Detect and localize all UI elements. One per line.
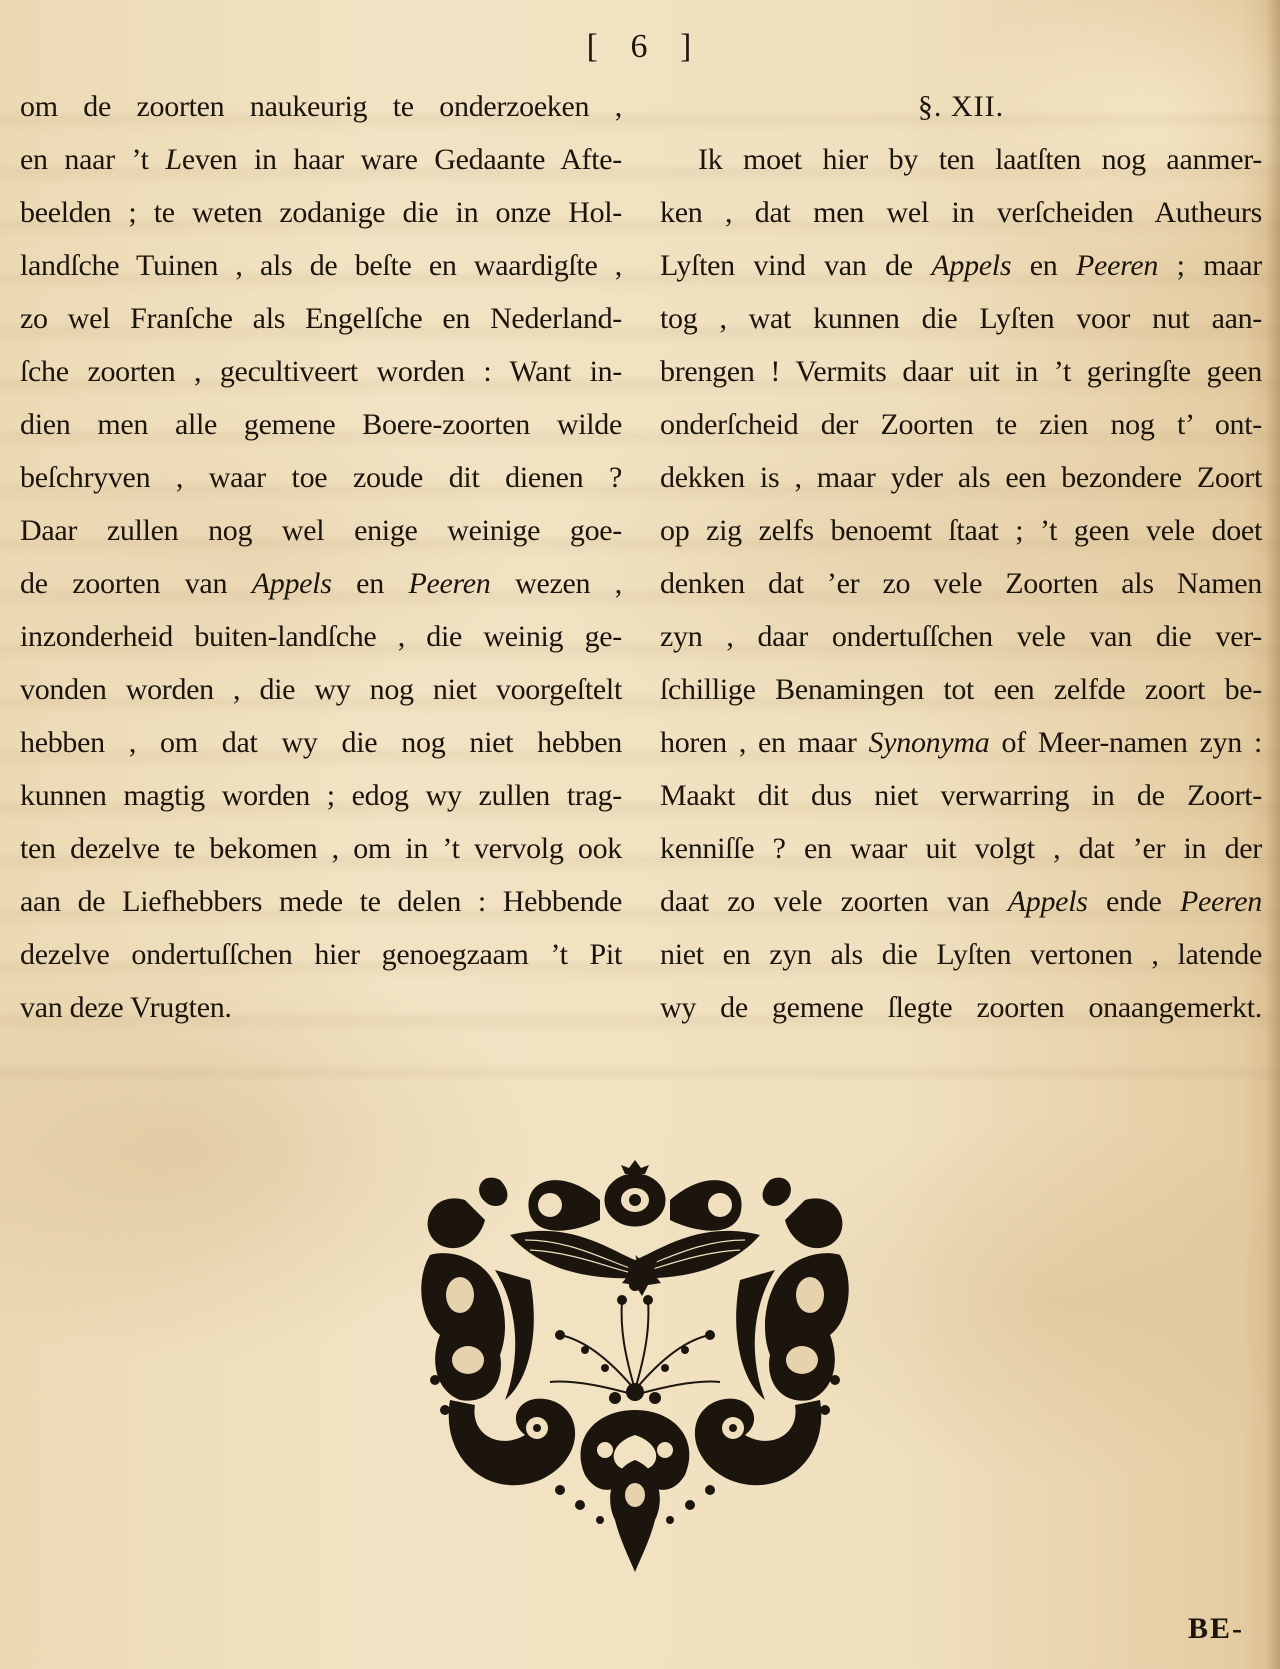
baroque-tailpiece-ornament-icon <box>410 1160 860 1575</box>
text-line: aan de Liefhebbers mede te delen : Hebbe… <box>20 875 622 928</box>
text-line: hebben , om dat wy die nog niet hebben <box>20 716 622 769</box>
italic-term: Appels <box>252 567 332 600</box>
text-line: vonden worden , die wy nog niet voorgeſt… <box>20 663 622 716</box>
italic-term: Peeren <box>408 567 490 600</box>
page-number-close-bracket: ] <box>680 28 693 65</box>
text-line: op zig zelfs benoemt ſtaat ; ’t geen vel… <box>660 504 1262 557</box>
text-line: daat zo vele zoorten van Appels ende Pee… <box>660 875 1262 928</box>
italic-term: Peeren <box>1076 249 1158 282</box>
page-edge-shadow <box>1266 0 1280 1669</box>
italic-term: Synonyma <box>869 726 990 759</box>
text-line: dien men alle gemene Boere-zoorten wilde <box>20 398 622 451</box>
text-line: denken dat ’er zo vele Zoorten als Namen <box>660 557 1262 610</box>
text-line: inzonderheid buiten-landſche , die weini… <box>20 610 622 663</box>
text-line: en naar ’t Leven in haar ware Gedaante A… <box>20 133 622 186</box>
text-line: wy de gemene ſlegte zoorten onaangemerkt… <box>660 981 1262 1034</box>
text-line: dekken is , maar yder als een bezondere … <box>660 451 1262 504</box>
text-line: niet en zyn als die Lyſten vertonen , la… <box>660 928 1262 981</box>
text-line: zyn , daar ondertuſſchen vele van die ve… <box>660 610 1262 663</box>
left-column-text: om de zoorten naukeurig te onderzoeken ,… <box>20 80 622 1034</box>
page-number-open-bracket: [ <box>587 28 600 65</box>
page-number-value: 6 <box>631 28 650 65</box>
text-line: zo wel Franſche als Engelſche en Nederla… <box>20 292 622 345</box>
page-number: [ 6 ] <box>0 28 1280 66</box>
italic-term: Appels <box>1008 885 1088 918</box>
text-line: ſchillige Benamingen tot een zelfde zoor… <box>660 663 1262 716</box>
book-page: [ 6 ] om de zoorten naukeurig te onderzo… <box>0 0 1280 1669</box>
text-line: Daar zullen nog wel enige weinige goe- <box>20 504 622 557</box>
text-line: om de zoorten naukeurig te onderzoeken , <box>20 80 622 133</box>
text-line: onderſcheid der Zoorten te zien nog t’ o… <box>660 398 1262 451</box>
text-line: brengen ! Vermits daar uit in ’t geringſ… <box>660 345 1262 398</box>
text-line: beſchryven , waar toe zoude dit dienen ? <box>20 451 622 504</box>
text-line: Ik moet hier by ten laatſten nog aanmer- <box>660 133 1262 186</box>
text-line: ten dezelve te bekomen , om in ’t vervol… <box>20 822 622 875</box>
text-line: kenniſſe ? en waar uit volgt , dat ’er i… <box>660 822 1262 875</box>
text-line: horen , en maar Synonyma of Meer-namen z… <box>660 716 1262 769</box>
italic-term: Peeren <box>1180 885 1262 918</box>
text-line: dezelve ondertuſſchen hier genoegzaam ’t… <box>20 928 622 981</box>
text-line: de zoorten van Appels en Peeren wezen , <box>20 557 622 610</box>
text-line: Maakt dit dus niet verwarring in de Zoor… <box>660 769 1262 822</box>
right-column-text: §. XII. Ik moet hier by ten laatſten nog… <box>660 80 1262 1034</box>
text-line: beelden ; te weten zodanige die in onze … <box>20 186 622 239</box>
text-line: ſche zoorten , gecultiveert worden : Wan… <box>20 345 622 398</box>
italic-term: Appels <box>931 249 1011 282</box>
text-line: van deze Vrugten. <box>20 981 622 1034</box>
text-line: Lyſten vind van de Appels en Peeren ; ma… <box>660 239 1262 292</box>
catchword: BE- <box>1188 1612 1244 1646</box>
text-line: landſche Tuinen , als de beſte en waardi… <box>20 239 622 292</box>
section-heading: §. XII. <box>660 80 1262 133</box>
text-line: tog , wat kunnen die Lyſten voor nut aan… <box>660 292 1262 345</box>
text-line: kunnen magtig worden ; edog wy zullen tr… <box>20 769 622 822</box>
text-line: ken , dat men wel in verſcheiden Autheur… <box>660 186 1262 239</box>
